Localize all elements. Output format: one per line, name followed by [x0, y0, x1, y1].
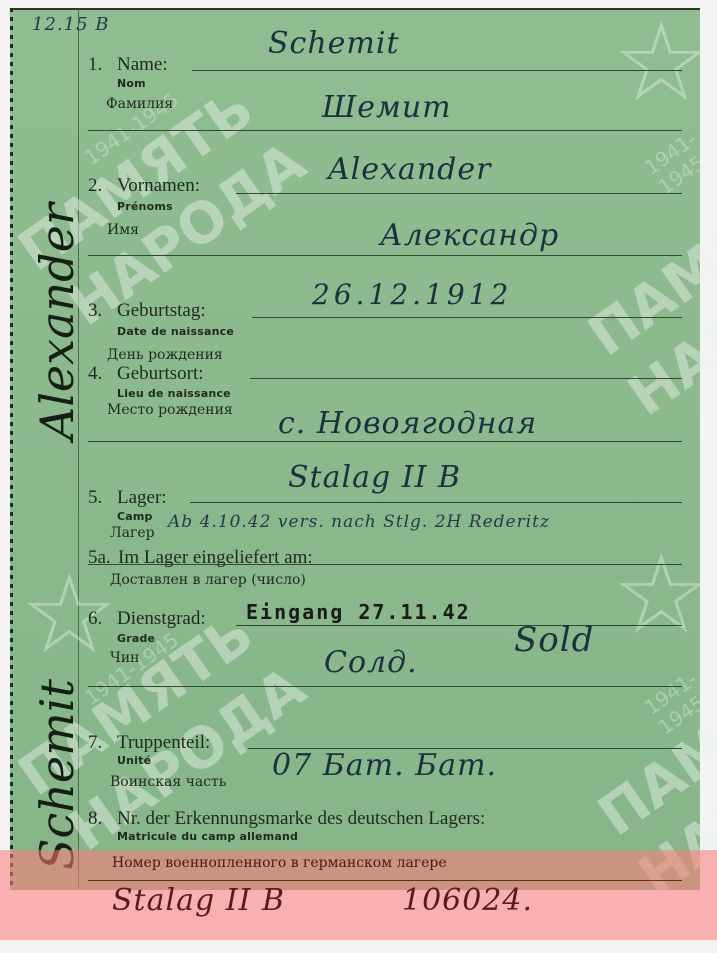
- field-5a-label-de: Im Lager eingeliefert am:: [118, 547, 313, 569]
- field-7-number: 7.: [88, 732, 102, 754]
- field-6-label-ru: Чин: [110, 650, 139, 666]
- field-2-value-latin: Alexander: [328, 152, 491, 187]
- field-1-label-de: Name:: [117, 54, 168, 76]
- field-5-label-de: Lager:: [117, 487, 167, 509]
- field-7-value: 07 Бат. Бат.: [272, 748, 497, 783]
- field-1-value-latin: Schemit: [268, 26, 400, 61]
- field-4-number: 4.: [88, 363, 102, 385]
- field-5-number: 5.: [88, 487, 102, 509]
- field-2-value-cyrillic: Александр: [380, 218, 559, 253]
- rule: [252, 317, 682, 318]
- rule: [236, 625, 682, 626]
- field-7-label-fr: Unité: [117, 754, 151, 767]
- arrival-stamp: Eingang 27.11.42: [246, 600, 471, 624]
- field-3-label-fr: Date de naissance: [117, 325, 234, 338]
- field-8-value-number: 106024.: [402, 883, 533, 918]
- rule: [190, 502, 682, 503]
- rule: [250, 378, 682, 379]
- field-2-label-de: Vornamen:: [117, 175, 200, 197]
- star-watermark-icon: ☆: [612, 540, 711, 650]
- corner-note: 12.15 B: [32, 14, 109, 35]
- field-8-number: 8.: [88, 808, 102, 830]
- rule: [88, 880, 682, 881]
- field-7-label-ru: Воинская часть: [110, 774, 226, 790]
- field-3-value: 26.12.1912: [312, 278, 512, 311]
- field-8-label-ru: Номер военнопленного в германском лагере: [112, 855, 447, 871]
- field-6-number: 6.: [88, 608, 102, 630]
- field-1-label-ru: Фамилия: [106, 96, 173, 112]
- field-5-transfer-note: Ab 4.10.42 vers. nach Stlg. 2H Rederitz: [168, 512, 550, 532]
- field-5-label-fr: Camp: [117, 510, 153, 523]
- field-4-value: с. Новоягодная: [278, 406, 537, 441]
- field-1-label-fr: Nom: [117, 77, 146, 90]
- field-5-value: Stalag II B: [288, 460, 461, 495]
- field-6-value: Солд.: [324, 645, 418, 680]
- field-2-label-fr: Prénoms: [117, 200, 173, 213]
- field-1-number: 1.: [88, 54, 102, 76]
- margin-name-last: Schemit: [30, 679, 84, 870]
- field-3-number: 3.: [88, 300, 102, 322]
- field-5-label-ru: Лагер: [110, 525, 155, 541]
- field-7-label-de: Truppenteil:: [117, 732, 210, 754]
- field-4-label-de: Geburtsort:: [117, 363, 204, 385]
- rule: [192, 70, 682, 71]
- field-2-number: 2.: [88, 175, 102, 197]
- field-8-label-fr: Matricule du camp allemand: [117, 830, 298, 843]
- field-3-label-ru: День рождения: [107, 347, 223, 363]
- field-2-label-ru: Имя: [107, 222, 139, 238]
- field-6-label-de: Dienstgrad:: [117, 608, 206, 630]
- star-watermark-icon: ☆: [612, 8, 711, 118]
- rule: [88, 255, 682, 256]
- margin-name-first: Alexander: [30, 203, 84, 440]
- field-1-value-cyrillic: Шемит: [322, 90, 452, 125]
- field-4-label-fr: Lieu de naissance: [117, 387, 231, 400]
- field-8-label-de: Nr. der Erkennungsmarke des deutschen La…: [117, 808, 485, 830]
- field-6-label-fr: Grade: [117, 632, 155, 645]
- field-8-value-camp: Stalag II B: [112, 883, 285, 918]
- field-5a-number: 5a.: [88, 547, 111, 569]
- rule: [236, 193, 682, 194]
- rule: [88, 441, 682, 442]
- rule: [88, 686, 682, 687]
- field-6-value-de: Sold: [514, 620, 594, 660]
- rule: [88, 130, 682, 131]
- star-watermark-icon: ☆: [20, 560, 119, 670]
- field-5a-label-ru: Доставлен в лагер (число): [110, 572, 306, 588]
- field-4-label-ru: Место рождения: [107, 402, 233, 418]
- field-3-label-de: Geburtstag:: [117, 300, 206, 322]
- rule: [88, 564, 682, 565]
